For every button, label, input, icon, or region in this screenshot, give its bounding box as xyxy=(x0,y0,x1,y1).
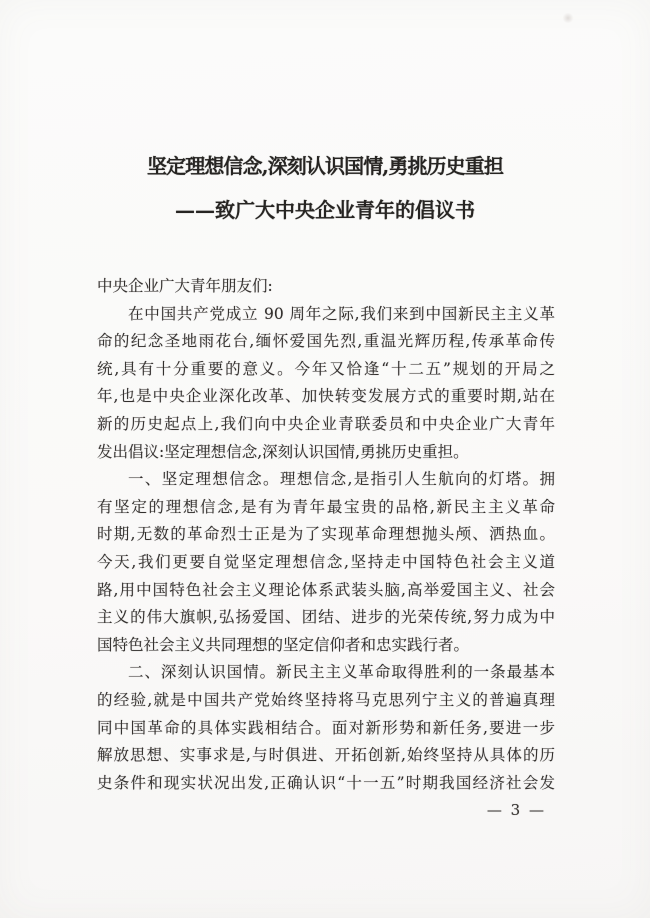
text-line: 解放思想、实事求是,与时俱进、开拓创新,始终坚持从具体的历 xyxy=(97,742,555,770)
text-line: 一、坚定理想信念。理想信念,是指引人生航向的灯塔。拥 xyxy=(97,466,555,494)
text-line: 在中国共产党成立 90 周年之际,我们来到中国新民主主义革 xyxy=(97,301,555,329)
scan-smudge-mark xyxy=(562,13,574,23)
text-line: 主义的伟大旗帜,弘扬爱国、团结、进步的光荣传统,努力成为中 xyxy=(97,604,555,632)
text-line: 今天,我们更要自觉坚定理想信念,坚持走中国特色社会主义道 xyxy=(97,549,555,577)
text-line: 的经验,就是中国共产党始终坚持将马克思列宁主义的普遍真理 xyxy=(97,687,555,715)
text-line: 年,也是中央企业深化改革、加快转变发展方式的重要时期,站在 xyxy=(97,383,555,411)
text-line: 国特色社会主义共同理想的坚定信仰者和忠实践行者。 xyxy=(97,632,555,660)
salutation-line: 中央企业广大青年朋友们: xyxy=(97,273,555,301)
scanned-document-page: 坚定理想信念,深刻认识国情,勇挑历史重担 ——致广大中央企业青年的倡议书 中央企… xyxy=(0,0,650,918)
paragraph-section-one: 一、坚定理想信念。理想信念,是指引人生航向的灯塔。拥有坚定的理想信念,是有为青年… xyxy=(97,466,555,659)
document-subtitle: ——致广大中央企业青年的倡议书 xyxy=(0,196,650,224)
document-title: 坚定理想信念,深刻认识国情,勇挑历史重担 xyxy=(0,152,650,180)
text-line: 发出倡议:坚定理想信念,深刻认识国情,勇挑历史重担。 xyxy=(97,439,555,467)
text-line: 有坚定的理想信念,是有为青年最宝贵的品格,新民主主义革命 xyxy=(97,494,555,522)
text-line: 路,用中国特色社会主义理论体系武装头脑,高举爱国主义、社会 xyxy=(97,577,555,605)
text-line: 二、深刻认识国情。新民主主义革命取得胜利的一条最基本 xyxy=(97,659,555,687)
document-header: 坚定理想信念,深刻认识国情,勇挑历史重担 ——致广大中央企业青年的倡议书 xyxy=(0,0,650,224)
page-number: — 3 — xyxy=(0,801,650,819)
document-body: 中央企业广大青年朋友们: 在中国共产党成立 90 周年之际,我们来到中国新民主主… xyxy=(0,273,650,797)
paragraph-section-two: 二、深刻认识国情。新民主主义革命取得胜利的一条最基本的经验,就是中国共产党始终坚… xyxy=(97,659,555,797)
text-line: 时期,无数的革命烈士正是为了实现革命理想抛头颅、洒热血。 xyxy=(97,521,555,549)
text-line: 史条件和现实状况出发,正确认识“十一五”时期我国经济社会发 xyxy=(97,770,555,798)
text-line: 新的历史起点上,我们向中央企业青联委员和中央企业广大青年 xyxy=(97,411,555,439)
text-line: 统,具有十分重要的意义。今年又恰逢“十二五”规划的开局之 xyxy=(97,356,555,384)
text-line: 同中国革命的具体实践相结合。面对新形势和新任务,要进一步 xyxy=(97,715,555,743)
paragraph-intro: 在中国共产党成立 90 周年之际,我们来到中国新民主主义革命的纪念圣地雨花台,缅… xyxy=(97,301,555,467)
text-line: 命的纪念圣地雨花台,缅怀爱国先烈,重温光辉历程,传承革命传 xyxy=(97,328,555,356)
